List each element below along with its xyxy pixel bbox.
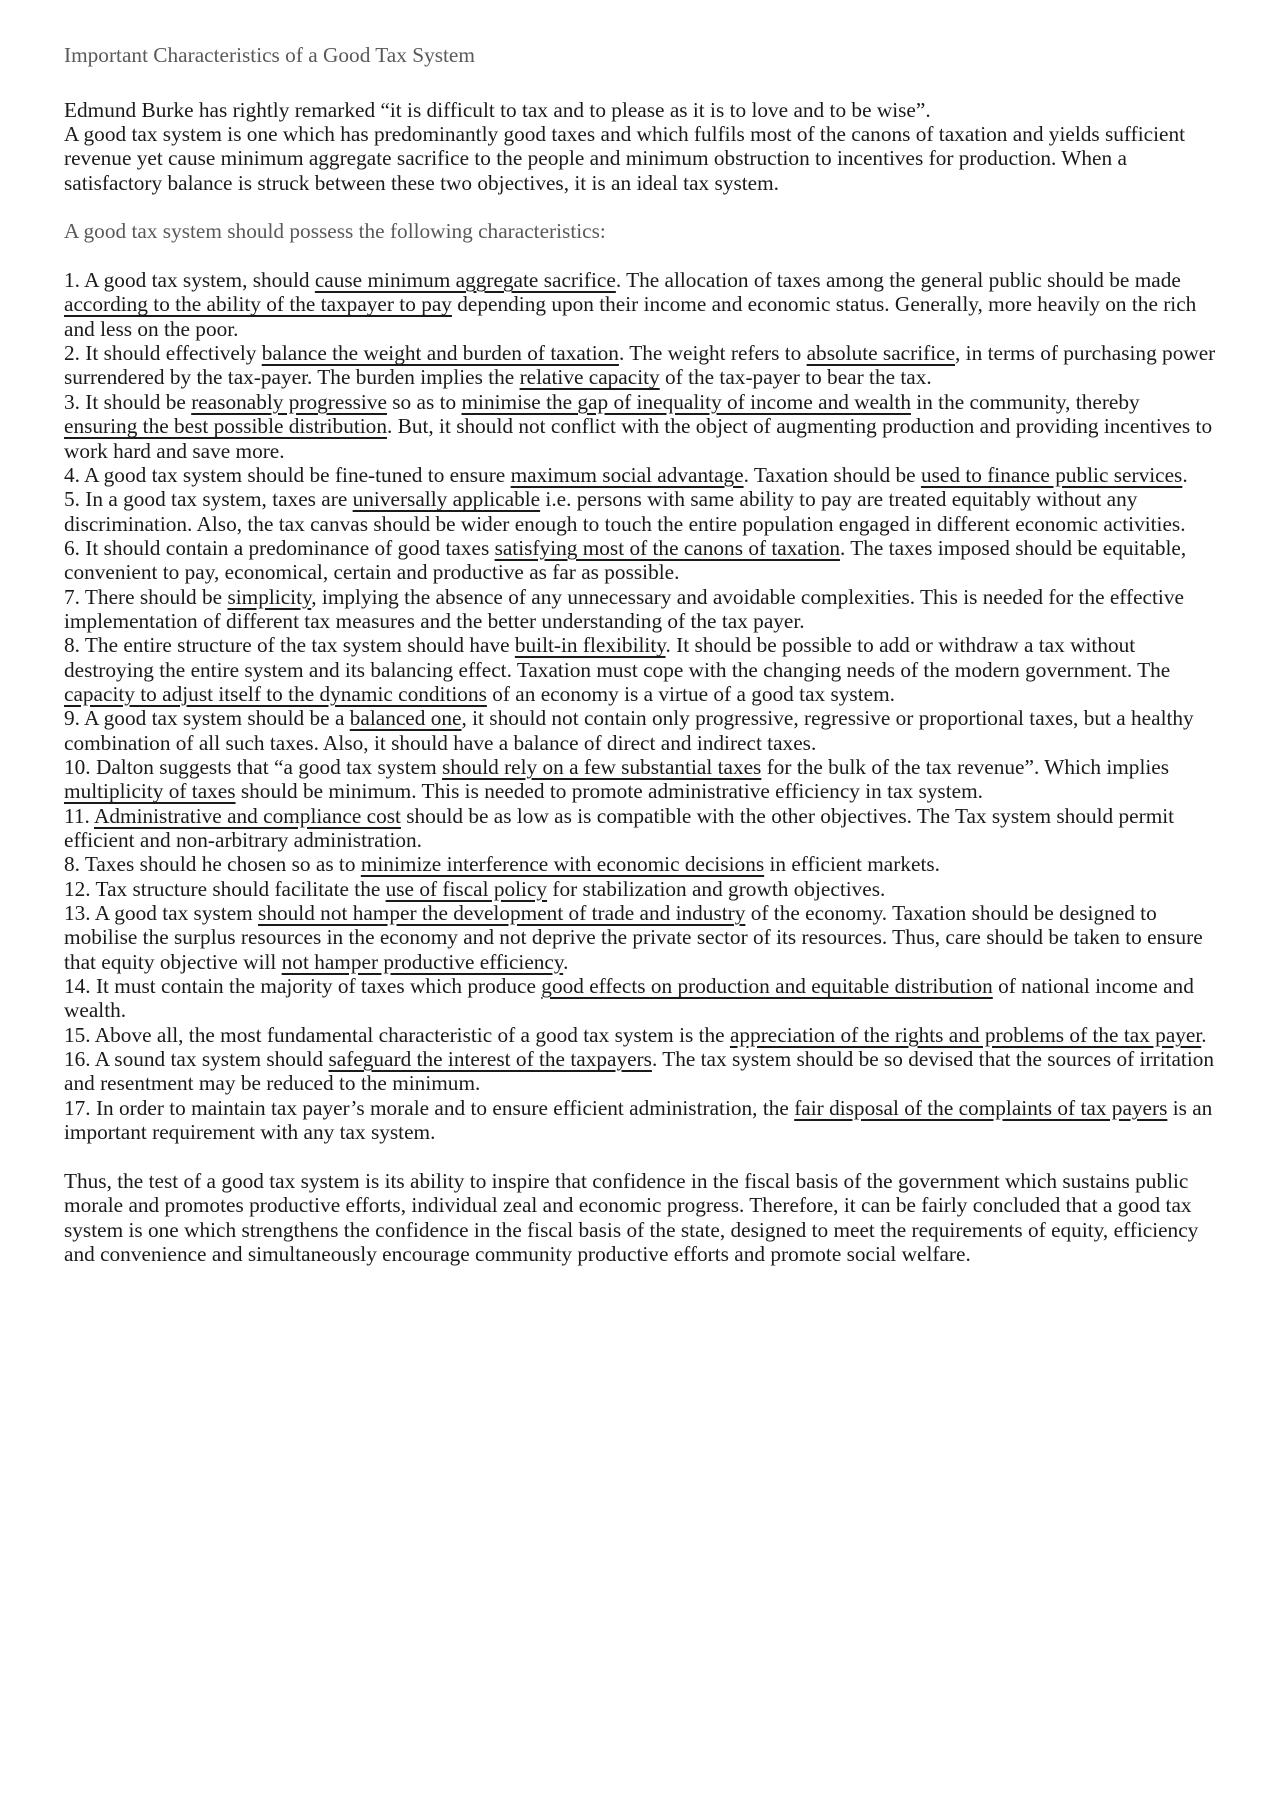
text-run: A good tax system is one which has predo… — [64, 122, 1185, 195]
text-run: of an economy is a virtue of a good tax … — [487, 682, 895, 706]
underlined-text: cause minimum aggregate sacrifice — [315, 268, 616, 292]
text-run: 8. Taxes should he chosen so as to — [64, 852, 361, 876]
text-run: 2. It should effectively — [64, 341, 262, 365]
underlined-text: satisfying most of the canons of taxatio… — [495, 536, 840, 560]
text-run: A good tax system should possess the fol… — [64, 219, 606, 243]
text-run: Edmund Burke has rightly remarked “it is… — [64, 98, 931, 122]
section-lead: A good tax system should possess the fol… — [64, 219, 1216, 243]
text-run: 4. A good tax system should be fine-tune… — [64, 463, 511, 487]
underlined-text: relative capacity — [520, 365, 660, 389]
text-run: . — [1201, 1023, 1206, 1047]
text-run: . Taxation should be — [744, 463, 921, 487]
list-item-17: 17. In order to maintain tax payer’s mor… — [64, 1096, 1216, 1145]
text-run: in efficient markets. — [764, 852, 940, 876]
underlined-text: built-in flexibility — [515, 633, 666, 657]
text-run: 1. A good tax system, should — [64, 268, 315, 292]
underlined-text: universally applicable — [353, 487, 540, 511]
blank-line — [64, 1144, 1216, 1168]
text-run: 5. In a good tax system, taxes are — [64, 487, 353, 511]
list-item-14: 14. It must contain the majority of taxe… — [64, 974, 1216, 1023]
closing-paragraph: Thus, the test of a good tax system is i… — [64, 1169, 1216, 1266]
blank-line — [64, 244, 1216, 268]
text-run: 12. Tax structure should facilitate the — [64, 877, 386, 901]
list-item-1: 1. A good tax system, should cause minim… — [64, 268, 1216, 341]
underlined-text: balanced one — [350, 706, 462, 730]
list-item-8b: 8. Taxes should he chosen so as to minim… — [64, 852, 1216, 876]
underlined-text: safeguard the interest of the taxpayers — [328, 1047, 651, 1071]
list-item-10: 10. Dalton suggests that “a good tax sys… — [64, 755, 1216, 804]
text-run: for the bulk of the tax revenue”. Which … — [761, 755, 1169, 779]
list-item-11: 11. Administrative and compliance cost s… — [64, 804, 1216, 853]
text-run: for stabilization and growth objectives. — [547, 877, 885, 901]
text-run: Thus, the test of a good tax system is i… — [64, 1169, 1198, 1266]
underlined-text: capacity to adjust itself to the dynamic… — [64, 682, 487, 706]
text-run: in the community, thereby — [911, 390, 1140, 414]
text-run: 8. The entire structure of the tax syste… — [64, 633, 515, 657]
text-run: 14. It must contain the majority of taxe… — [64, 974, 541, 998]
text-run: Important Characteristics of a Good Tax … — [64, 43, 475, 67]
underlined-text: reasonably progressive — [191, 390, 387, 414]
underlined-text: minimise the gap of inequality of income… — [461, 390, 910, 414]
underlined-text: should not hamper the development of tra… — [258, 901, 745, 925]
list-item-3: 3. It should be reasonably progressive s… — [64, 390, 1216, 463]
text-run: 13. A good tax system — [64, 901, 258, 925]
list-item-7: 7. There should be simplicity, implying … — [64, 585, 1216, 634]
text-run: so as to — [387, 390, 462, 414]
underlined-text: multiplicity of taxes — [64, 779, 236, 803]
text-run: 10. Dalton suggests that “a good tax sys… — [64, 755, 442, 779]
text-run: 17. In order to maintain tax payer’s mor… — [64, 1096, 794, 1120]
blank-line — [64, 195, 1216, 219]
document-page: Important Characteristics of a Good Tax … — [0, 0, 1280, 1811]
list-item-8: 8. The entire structure of the tax syste… — [64, 633, 1216, 706]
list-item-6: 6. It should contain a predominance of g… — [64, 536, 1216, 585]
text-run: . — [563, 950, 568, 974]
text-run: 7. There should be — [64, 585, 227, 609]
intro-paragraph: Edmund Burke has rightly remarked “it is… — [64, 98, 1216, 195]
text-run: . The allocation of taxes among the gene… — [616, 268, 1181, 292]
underlined-text: not hamper productive efficiency — [282, 950, 563, 974]
underlined-text: use of fiscal policy — [386, 877, 547, 901]
underlined-text: ensuring the best possible distribution — [64, 414, 387, 438]
text-run: 15. Above all, the most fundamental char… — [64, 1023, 730, 1047]
underlined-text: appreciation of the rights and problems … — [730, 1023, 1201, 1047]
underlined-text: balance the weight and burden of taxatio… — [262, 341, 619, 365]
list-item-13: 13. A good tax system should not hamper … — [64, 901, 1216, 974]
underlined-text: according to the ability of the taxpayer… — [64, 292, 452, 316]
document-title: Important Characteristics of a Good Tax … — [64, 43, 1216, 67]
list-item-9: 9. A good tax system should be a balance… — [64, 706, 1216, 755]
blank-line — [64, 73, 1216, 97]
text-run: should be minimum. This is needed to pro… — [236, 779, 983, 803]
underlined-text: absolute sacrifice — [807, 341, 955, 365]
list-item-4: 4. A good tax system should be fine-tune… — [64, 463, 1216, 487]
underlined-text: should rely on a few substantial taxes — [442, 755, 761, 779]
underlined-text: fair disposal of the complaints of tax p… — [794, 1096, 1167, 1120]
list-item-2: 2. It should effectively balance the wei… — [64, 341, 1216, 390]
text-run: 16. A sound tax system should — [64, 1047, 328, 1071]
underlined-text: maximum social advantage — [511, 463, 744, 487]
list-item-15: 15. Above all, the most fundamental char… — [64, 1023, 1216, 1047]
text-run: 6. It should contain a predominance of g… — [64, 536, 495, 560]
list-item-12: 12. Tax structure should facilitate the … — [64, 877, 1216, 901]
underlined-text: Administrative and compliance cost — [94, 804, 401, 828]
text-run: 11. — [64, 804, 94, 828]
text-run: . — [1182, 463, 1187, 487]
underlined-text: simplicity — [227, 585, 311, 609]
text-run: 9. A good tax system should be a — [64, 706, 350, 730]
underlined-text: good effects on production and equitable… — [541, 974, 992, 998]
text-run: of the tax-payer to bear the tax. — [660, 365, 932, 389]
text-run: . The weight refers to — [619, 341, 807, 365]
list-item-5: 5. In a good tax system, taxes are unive… — [64, 487, 1216, 536]
underlined-text: minimize interference with economic deci… — [361, 852, 764, 876]
text-run: 3. It should be — [64, 390, 191, 414]
underlined-text: used to finance public services — [921, 463, 1182, 487]
list-item-16: 16. A sound tax system should safeguard … — [64, 1047, 1216, 1096]
